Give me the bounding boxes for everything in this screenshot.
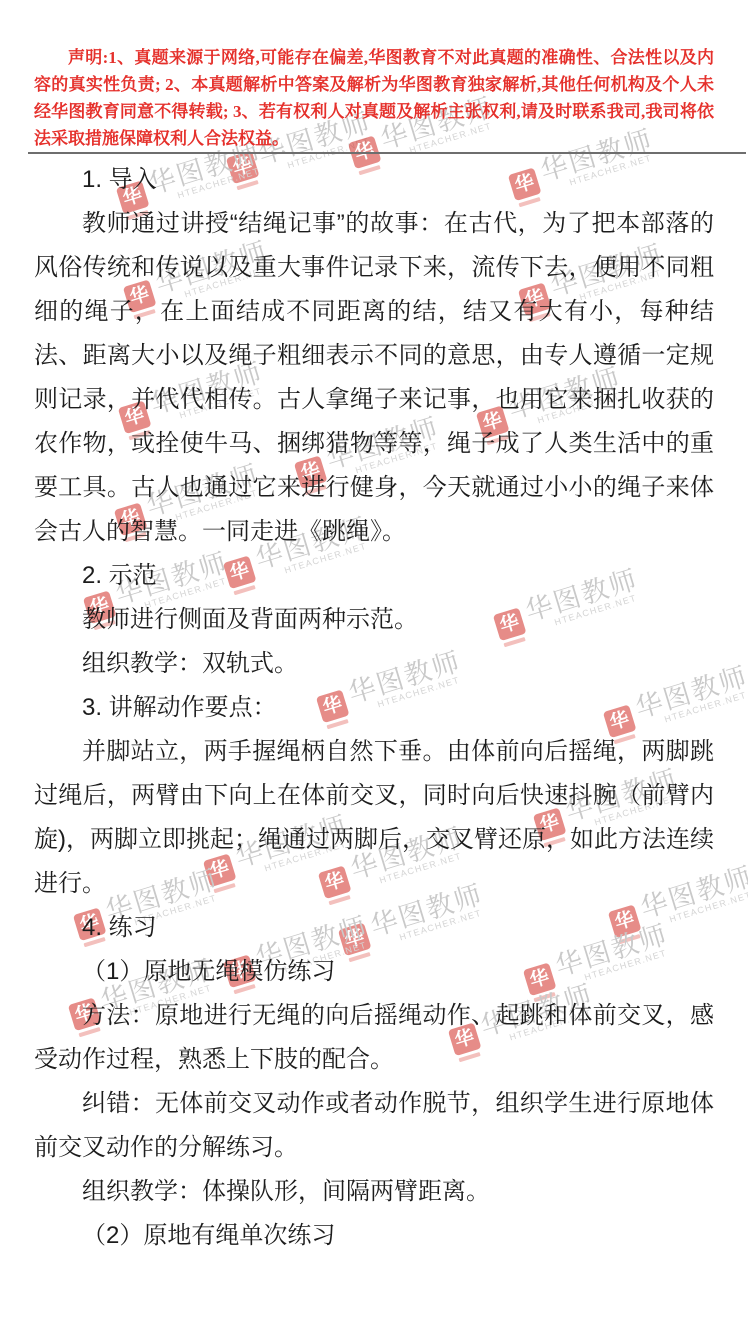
section-heading: （2）原地有绳单次练习 xyxy=(34,1214,714,1258)
section-heading: 4. 练习 xyxy=(34,906,714,950)
section-heading: 1. 导入 xyxy=(34,158,714,202)
section-heading: 3. 讲解动作要点： xyxy=(34,686,714,730)
document-body: 1. 导入教师通过讲授“结绳记事”的故事：在古代，为了把本部落的风俗传统和传说以… xyxy=(34,154,714,1258)
body-paragraph: 方法：原地进行无绳的向后摇绳动作、起跳和体前交叉，感受动作过程，熟悉上下肢的配合… xyxy=(34,994,714,1082)
section-heading: 2. 示范 xyxy=(34,554,714,598)
page-content: 声明:1、真题来源于网络,可能存在偏差,华图教育不对此真题的准确性、合法性以及内… xyxy=(0,0,748,1258)
body-paragraph: 组织教学：体操队形，间隔两臂距离。 xyxy=(34,1170,714,1214)
disclaimer-label: 声明: xyxy=(68,48,108,67)
section-heading: （1）原地无绳模仿练习 xyxy=(34,950,714,994)
body-paragraph: 组织教学：双轨式。 xyxy=(34,642,714,686)
document-page: 华华图教师HTEACHER.NET华华图教师HTEACHER.NET华华图教师H… xyxy=(0,0,748,1335)
divider-line xyxy=(28,152,746,154)
body-paragraph: 并脚站立，两手握绳柄自然下垂。由体前向后摇绳，两脚跳过绳后，两臂由下向上在体前交… xyxy=(34,730,714,906)
body-paragraph: 教师通过讲授“结绳记事”的故事：在古代，为了把本部落的风俗传统和传说以及重大事件… xyxy=(34,202,714,554)
body-paragraph: 教师进行侧面及背面两种示范。 xyxy=(34,598,714,642)
disclaimer-body: 1、真题来源于网络,可能存在偏差,华图教育不对此真题的准确性、合法性以及内容的真… xyxy=(34,48,714,148)
body-paragraph: 纠错：无体前交叉动作或者动作脱节，组织学生进行原地体前交叉动作的分解练习。 xyxy=(34,1082,714,1170)
disclaimer: 声明:1、真题来源于网络,可能存在偏差,华图教育不对此真题的准确性、合法性以及内… xyxy=(34,0,714,152)
